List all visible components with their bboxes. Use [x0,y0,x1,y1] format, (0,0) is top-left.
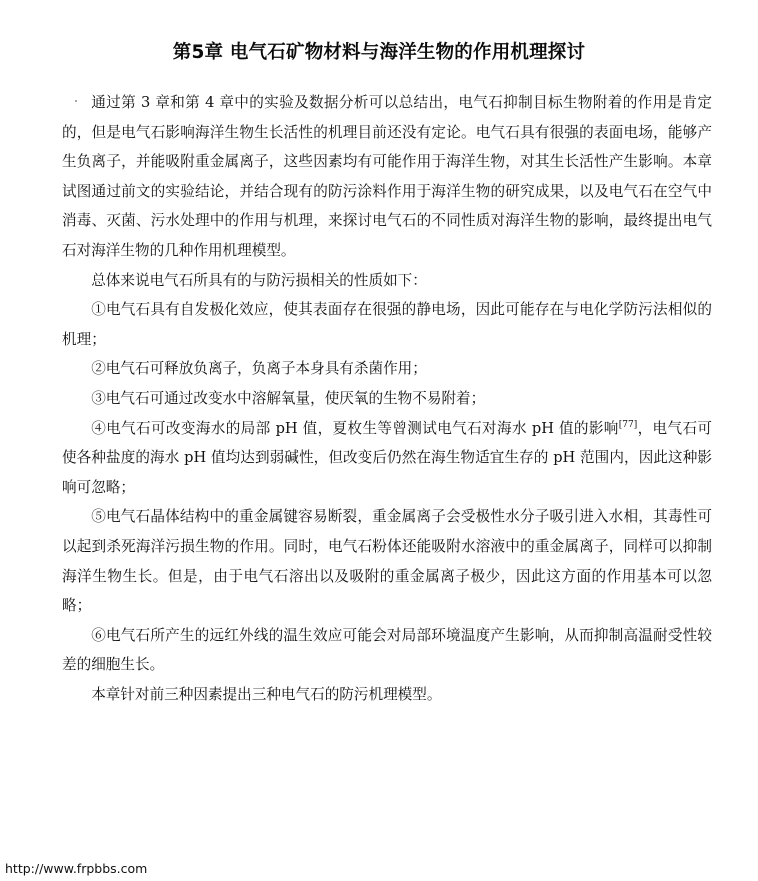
chapter-title: 第5章 电气石矿物材料与海洋生物的作用机理探讨 [0,38,758,64]
paragraph-conclusion: 本章针对前三种因素提出三种电气石的防污机理模型。 [62,680,712,710]
document-page: 第5章 电气石矿物材料与海洋生物的作用机理探讨 通过第 3 章和第 4 章中的实… [0,0,758,881]
list-item-2: ②电气石可释放负离子，负离子本身具有杀菌作用； [62,354,712,384]
citation-ref: [77] [619,420,637,430]
list-item-1: ①电气石具有自发极化效应，使其表面存在很强的静电场，因此可能存在与电化学防污法相… [62,295,712,354]
list-item-4: ④电气石可改变海水的局部 pH 值，夏枚生等曾测试电气石对海水 pH 值的影响[… [62,414,712,503]
footer-watermark-link[interactable]: http://www.frpbbs.com [5,861,147,876]
list-item-3: ③电气石可通过改变水中溶解氧量，使厌氧的生物不易附着； [62,384,712,414]
list-item-4-text-a: ④电气石可改变海水的局部 pH 值，夏枚生等曾测试电气石对海水 pH 值的影响 [91,420,619,437]
document-body: 通过第 3 章和第 4 章中的实验及数据分析可以总结出，电气石抑制目标生物附着的… [62,88,712,709]
list-item-6: ⑥电气石所产生的远红外线的温生效应可能会对局部环境温度产生影响，从而抑制高温耐受… [62,621,712,680]
paragraph-intro: 通过第 3 章和第 4 章中的实验及数据分析可以总结出，电气石抑制目标生物附着的… [62,88,712,266]
paragraph-summary: 总体来说电气石所具有的与防污损相关的性质如下： [62,266,712,296]
list-item-5: ⑤电气石晶体结构中的重金属键容易断裂，重金属离子会受极性水分子吸引进入水相，其毒… [62,502,712,620]
